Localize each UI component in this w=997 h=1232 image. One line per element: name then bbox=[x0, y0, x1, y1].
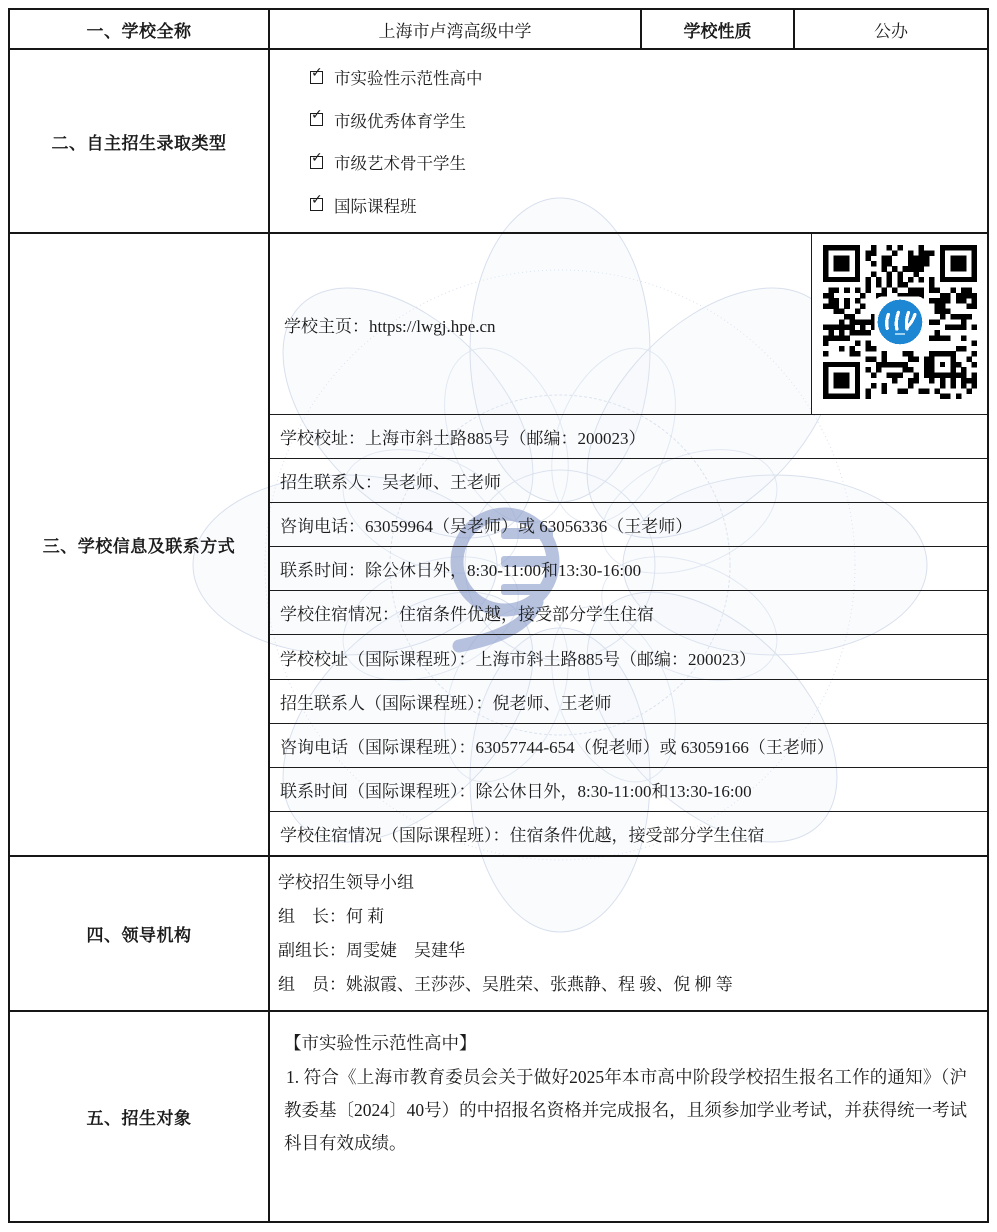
leadership-lines: 学校招生领导小组 组 长：何 莉 副组长：周雯婕 吴建华 组 员：姚淑霞、王莎莎… bbox=[270, 857, 987, 1010]
homepage-url: 学校主页：https://lwgj.hpe.cn bbox=[270, 234, 811, 414]
leadership-line: 组 员：姚淑霞、王莎莎、吴胜荣、张燕静、程 骏、倪 柳 等 bbox=[278, 968, 971, 1002]
admission-type-item: ✓ 国际课程班 bbox=[270, 184, 987, 227]
enrollment-targets-body: 【市实验性示范性高中】 1. 符合《上海市教育委员会关于做好2025年本市高中阶… bbox=[270, 1012, 987, 1221]
info-row: 联系时间（国际课程班）：除公休日外，8:30-11:00和13:30-16:00 bbox=[270, 768, 987, 812]
document-sheet: 一、学校全称 上海市卢湾高级中学 学校性质 公办 二、自主招生录取类型 ✓ 市实… bbox=[0, 0, 997, 1232]
contact-info-rows: 学校校址：上海市斜土路885号（邮编：200023） 招生联系人：吴老师、王老师… bbox=[270, 415, 987, 855]
info-row: 招生联系人（国际课程班）：倪老师、王老师 bbox=[270, 680, 987, 724]
enrollment-targets-label: 五、招生对象 bbox=[10, 1012, 270, 1221]
school-nature-label: 学校性质 bbox=[642, 10, 795, 48]
admission-type-label: 国际课程班 bbox=[334, 193, 417, 217]
leadership-line: 组 长：何 莉 bbox=[278, 900, 971, 934]
leadership-line: 副组长：周雯婕 吴建华 bbox=[278, 934, 971, 968]
school-nature-value: 公办 bbox=[795, 10, 987, 48]
leadership-line: 学校招生领导小组 bbox=[278, 866, 971, 900]
checkbox-checked-icon: ✓ bbox=[310, 71, 323, 84]
admission-types-label: 二、自主招生录取类型 bbox=[10, 50, 270, 232]
school-name-value: 上海市卢湾高级中学 bbox=[270, 10, 642, 48]
leadership-label: 四、领导机构 bbox=[10, 857, 270, 1010]
enrollment-category-heading: 【市实验性示范性高中】 bbox=[284, 1028, 967, 1058]
info-row: 学校校址（国际课程班）：上海市斜土路885号（邮编：200023） bbox=[270, 635, 987, 679]
row-admission-types: 二、自主招生录取类型 ✓ 市实验性示范性高中 ✓ 市级优秀体育学生 ✓ 市级艺术… bbox=[10, 50, 987, 234]
row-school-name: 一、学校全称 上海市卢湾高级中学 学校性质 公办 bbox=[10, 10, 987, 50]
info-row: 学校校址：上海市斜土路885号（邮编：200023） bbox=[270, 415, 987, 459]
checkbox-checked-icon: ✓ bbox=[310, 113, 323, 126]
admission-types-list: ✓ 市实验性示范性高中 ✓ 市级优秀体育学生 ✓ 市级艺术骨干学生 ✓ 国际课程… bbox=[270, 50, 987, 232]
admission-type-item: ✓ 市实验性示范性高中 bbox=[270, 56, 987, 99]
info-row: 联系时间：除公休日外，8:30-11:00和13:30-16:00 bbox=[270, 547, 987, 591]
qr-code-cell bbox=[811, 234, 987, 414]
admission-type-label: 市级艺术骨干学生 bbox=[334, 150, 466, 174]
checkbox-checked-icon: ✓ bbox=[310, 156, 323, 169]
admission-type-label: 市级优秀体育学生 bbox=[334, 108, 466, 132]
school-name-label: 一、学校全称 bbox=[10, 10, 270, 48]
enrollment-requirement-paragraph: 1. 符合《上海市教育委员会关于做好2025年本市高中阶段学校招生报名工作的通知… bbox=[284, 1061, 967, 1160]
info-row: 咨询电话：63059964（吴老师）或 63056336（王老师） bbox=[270, 503, 987, 547]
info-row: 招生联系人：吴老师、王老师 bbox=[270, 459, 987, 503]
info-row: 咨询电话（国际课程班）：63057744-654（倪老师）或 63059166（… bbox=[270, 724, 987, 768]
checkbox-checked-icon: ✓ bbox=[310, 198, 323, 211]
info-row: 学校住宿情况（国际课程班）：住宿条件优越，接受部分学生住宿 bbox=[270, 812, 987, 855]
school-info-label: 三、学校信息及联系方式 bbox=[10, 234, 270, 855]
row-leadership: 四、领导机构 学校招生领导小组 组 长：何 莉 副组长：周雯婕 吴建华 组 员：… bbox=[10, 857, 987, 1012]
row-school-info: 三、学校信息及联系方式 学校主页：https://lwgj.hpe.cn 学校校… bbox=[10, 234, 987, 857]
info-row: 学校住宿情况：住宿条件优越，接受部分学生住宿 bbox=[270, 591, 987, 635]
admission-type-label: 市实验性示范性高中 bbox=[334, 65, 483, 89]
admission-type-item: ✓ 市级艺术骨干学生 bbox=[270, 141, 987, 184]
homepage-row: 学校主页：https://lwgj.hpe.cn bbox=[270, 234, 987, 415]
admission-type-item: ✓ 市级优秀体育学生 bbox=[270, 99, 987, 142]
qr-code bbox=[823, 245, 977, 404]
row-enrollment-targets: 五、招生对象 【市实验性示范性高中】 1. 符合《上海市教育委员会关于做好202… bbox=[10, 1012, 987, 1221]
admission-form-table: 一、学校全称 上海市卢湾高级中学 学校性质 公办 二、自主招生录取类型 ✓ 市实… bbox=[8, 8, 989, 1223]
